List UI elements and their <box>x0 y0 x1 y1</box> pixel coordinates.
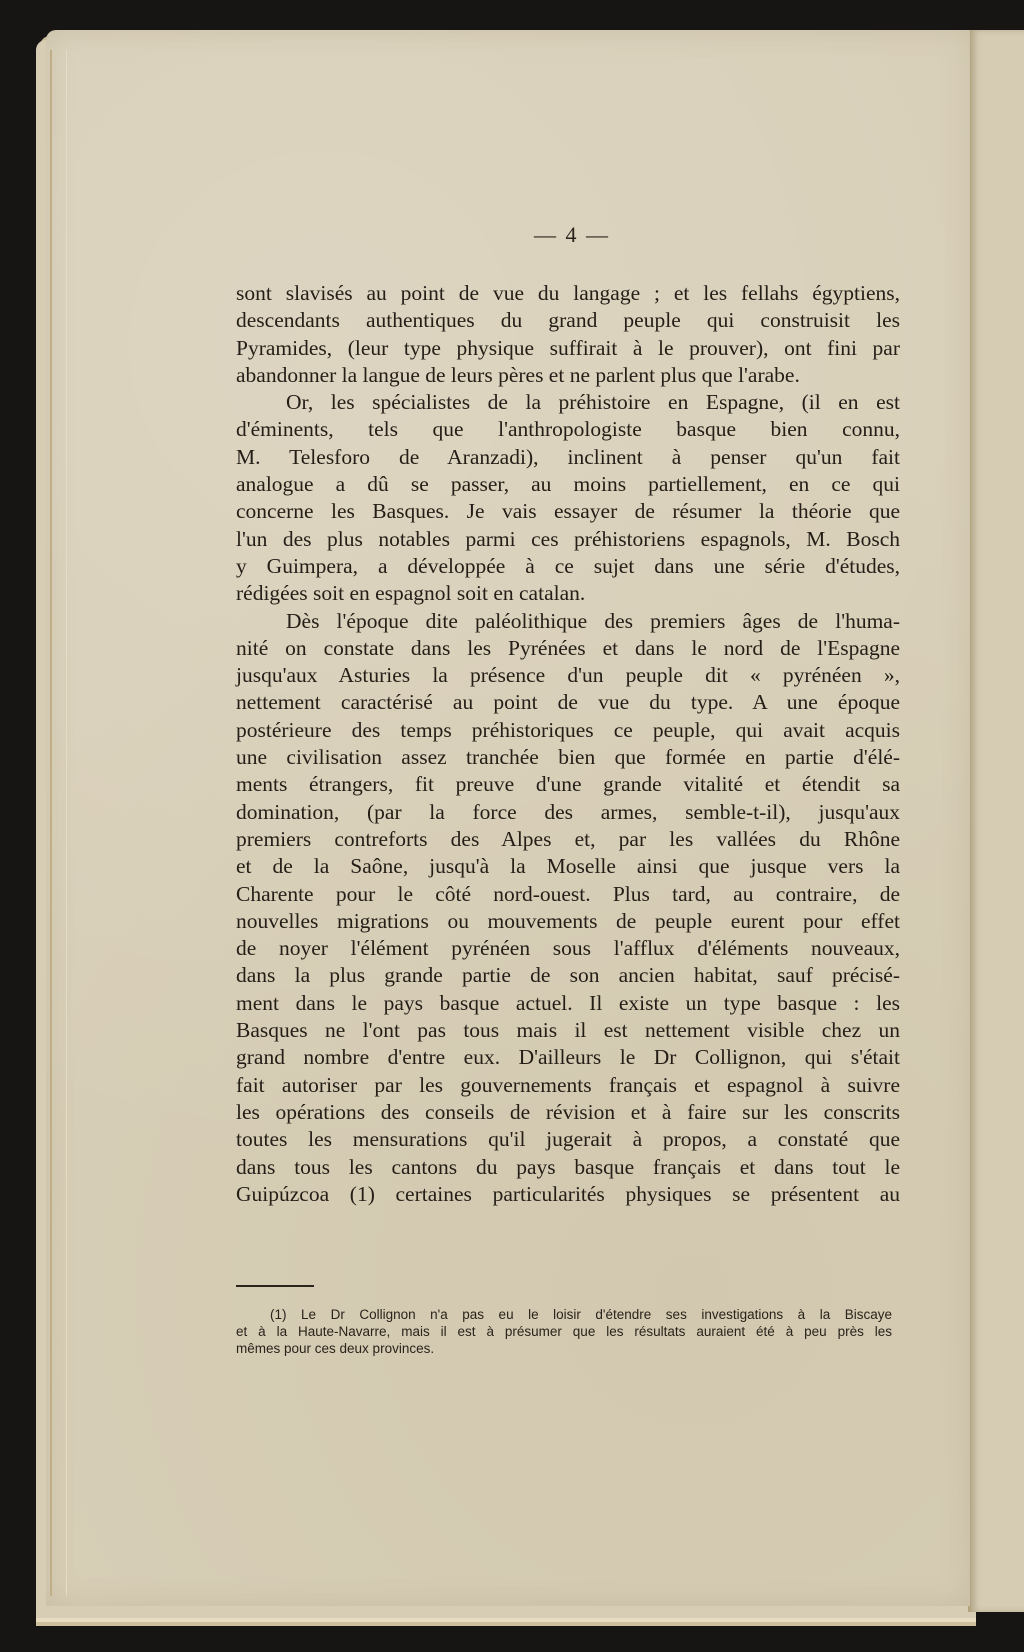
text-line: dans tous les cantons du pays basque fra… <box>236 1154 900 1181</box>
text-line: l'un des plus notables parmi ces préhist… <box>236 526 900 553</box>
text-line: nité on constate dans les Pyrénées et da… <box>236 635 900 662</box>
text-line: fait autoriser par les gouvernements fra… <box>236 1072 900 1099</box>
text-line: jusqu'aux Asturies la présence d'un peup… <box>236 662 900 689</box>
text-line: d'éminents, tels que l'anthropologiste b… <box>236 416 900 443</box>
text-line: de noyer l'élément pyrénéen sous l'afflu… <box>236 935 900 962</box>
text-line: Dès l'époque dite paléolithique des prem… <box>236 608 900 635</box>
text-line: dans la plus grande partie de son ancien… <box>236 962 900 989</box>
text-line: premiers contreforts des Alpes et, par l… <box>236 826 900 853</box>
text-line: nouvelles migrations ou mouvements de pe… <box>236 908 900 935</box>
body-text: sont slavisés au point de vue du langage… <box>236 280 900 1208</box>
page-number: — 4 — <box>0 222 1024 248</box>
text-line: les opérations des conseils de révision … <box>236 1099 900 1126</box>
text-line: abandonner la langue de leurs pères et n… <box>236 362 900 389</box>
text-line: sont slavisés au point de vue du langage… <box>236 280 900 307</box>
text-line: Pyramides, (leur type physique suffirait… <box>236 335 900 362</box>
text-line: Guipúzcoa (1) certaines particularités p… <box>236 1181 900 1208</box>
text-line: une civilisation assez tranchée bien que… <box>236 744 900 771</box>
page-gutter-lines <box>50 50 67 1596</box>
footnote-line: mêmes pour ces deux provinces. <box>236 1340 892 1357</box>
text-line: ments étrangers, fit preuve d'une grande… <box>236 771 900 798</box>
text-line: toutes les mensurations qu'il jugerait à… <box>236 1126 900 1153</box>
text-line: rédigées soit en espagnol soit en catala… <box>236 580 900 607</box>
text-line: concerne les Basques. Je vais essayer de… <box>236 498 900 525</box>
footnote-line: et à la Haute-Navarre, mais il est à pré… <box>236 1323 892 1340</box>
text-line: postérieure des temps préhistoriques ce … <box>236 717 900 744</box>
footnote-line: (1) Le Dr Collignon n'a pas eu le loisir… <box>236 1306 892 1323</box>
text-line: nettement caractérisé au point de vue du… <box>236 689 900 716</box>
text-line: analogue a dû se passer, au moins partie… <box>236 471 900 498</box>
text-line: Basques ne l'ont pas tous mais il est ne… <box>236 1017 900 1044</box>
text-line: grand nombre d'entre eux. D'ailleurs le … <box>236 1044 900 1071</box>
text-line: Charente pour le côté nord-ouest. Plus t… <box>236 881 900 908</box>
footnote: (1) Le Dr Collignon n'a pas eu le loisir… <box>236 1306 892 1357</box>
text-line: domination, (par la force des armes, sem… <box>236 799 900 826</box>
text-line: Or, les spécialistes de la préhistoire e… <box>236 389 900 416</box>
text-line: y Guimpera, a développée à ce sujet dans… <box>236 553 900 580</box>
footnote-divider <box>236 1285 314 1287</box>
text-line: descendants authentiques du grand peuple… <box>236 307 900 334</box>
text-line: et de la Saône, jusqu'à la Moselle ainsi… <box>236 853 900 880</box>
next-leaf-edge <box>968 30 1024 1612</box>
text-line: ment dans le pays basque actuel. Il exis… <box>236 990 900 1017</box>
text-line: M. Telesforo de Aranzadi), inclinent à p… <box>236 444 900 471</box>
